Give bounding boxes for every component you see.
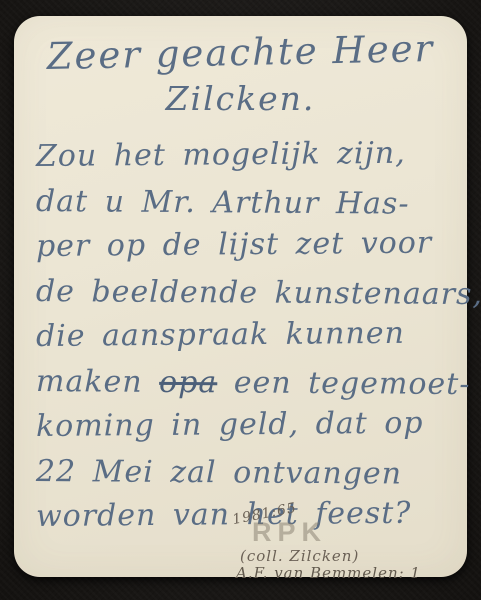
catalog-note: A.F. van Bemmelen: 1 xyxy=(236,564,421,582)
body-line: per op de lijst zet voor xyxy=(36,220,457,269)
photo-backdrop: { "page": { "background_color": "#1b1917… xyxy=(0,0,481,600)
collection-note: (coll. Zilcken) xyxy=(240,547,359,565)
body-line: Zou het mogelijk zijn, xyxy=(36,130,457,179)
body-line-with-correction: maken opa een tegemoet- xyxy=(36,359,457,407)
letter-body: Zou het mogelijk zijn, dat u Mr. Arthur … xyxy=(14,134,467,539)
struck-word: opa xyxy=(159,365,217,400)
rpk-collection-stamp: RPK xyxy=(252,517,327,548)
body-line: die aanspraak kunnen xyxy=(36,310,457,359)
salutation: Zeer geachte Heer Zilcken. xyxy=(14,28,467,120)
body-line-segment: een tegemoet- xyxy=(217,365,470,402)
body-line: de beeldende kunstenaars, xyxy=(36,269,457,317)
body-line: dat u Mr. Arthur Has- xyxy=(36,179,457,227)
body-line-segment: maken xyxy=(36,364,159,400)
body-line: koming in geld, dat op xyxy=(36,400,457,449)
body-line: 22 Mei zal ontvangen xyxy=(36,449,457,497)
salutation-line: Zilcken. xyxy=(14,78,467,120)
letter-card: Zeer geachte Heer Zilcken. Zou het mogel… xyxy=(14,16,467,577)
salutation-line: Zeer geachte Heer xyxy=(14,23,468,82)
